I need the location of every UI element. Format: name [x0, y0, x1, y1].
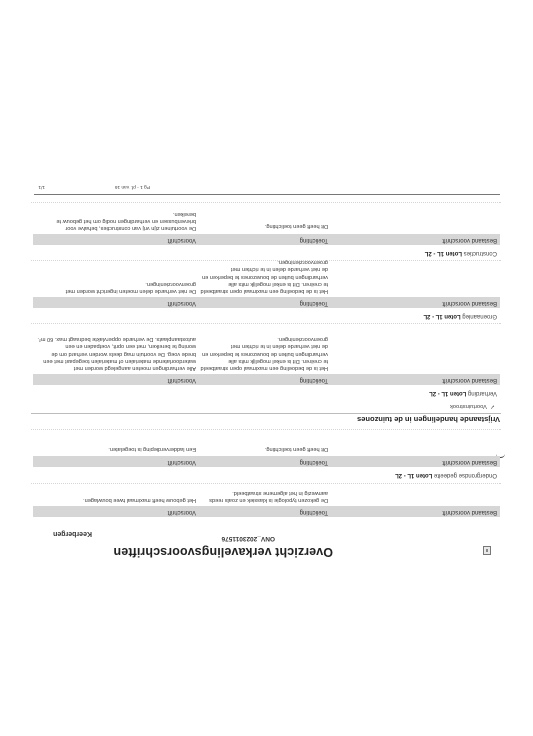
page-title: Overzicht verkavelingsvoorschriften [113, 545, 333, 559]
footer-rule [34, 194, 500, 195]
scanned-page: Overzicht verkavelingsvoorschriften ONV_… [0, 0, 533, 736]
table-header: Bestaand voorschrift Toelichting Voorsch… [33, 297, 500, 308]
checklist-item-voortuinstrook: ✓ Voortuinstrook [450, 403, 495, 409]
municipality-name: Keerbergen [53, 530, 92, 537]
rule-cell: Alle verhardingen moeten aangelegd worde… [36, 335, 196, 371]
rule-cell: De niet verharde delen moeten ingericht … [36, 280, 196, 294]
document-id: ONV_2023011576 [222, 535, 276, 542]
rule-cell: De voortuinen zijn vrij van constructies… [36, 209, 196, 231]
table-header: Bestaand voorschrift Toelichting Voorsch… [33, 456, 500, 467]
col-existing-rule: Bestaand voorschrift [442, 237, 497, 243]
col-existing-rule: Bestaand voorschrift [442, 300, 497, 306]
col-rule: Voorschrift [168, 459, 196, 465]
section-label-ondergronds: Ondergrondse gedeelte Loten 1L - 2L [395, 472, 497, 478]
explanation-cell: Het is de bedoeling een maximaal open st… [200, 335, 328, 371]
col-explanation: Toelichting [300, 237, 328, 243]
table-header: Bestaand voorschrift Toelichting Voorsch… [33, 234, 500, 245]
col-existing-rule: Bestaand voorschrift [442, 377, 497, 383]
col-explanation: Toelichting [300, 459, 328, 465]
divider [31, 322, 501, 324]
divider [31, 201, 501, 203]
section-label-groenaanleg: Groenaanleg Loten 1L - 2L [423, 313, 497, 319]
rule-cell: Het gebouw heeft maximaal twee bouwlagen… [36, 496, 196, 503]
table-header: Bestaand voorschrift Toelichting Voorsch… [33, 506, 500, 517]
divider [31, 259, 501, 261]
col-explanation: Toelichting [300, 509, 328, 515]
section-label-constructies: Constructies Loten 1L - 2L [425, 250, 497, 256]
checkmark-icon: ✓ [490, 403, 495, 409]
explanation-cell: Het is de bedoeling een maximaal open st… [200, 258, 328, 294]
col-explanation: Toelichting [300, 377, 328, 383]
section-label-verharding: Verharding Loten 1L - 2L [429, 390, 497, 396]
heading-rule [31, 413, 501, 414]
col-existing-rule: Bestaand voorschrift [442, 459, 497, 465]
document-icon [483, 546, 491, 555]
col-rule: Voorschrift [168, 300, 196, 306]
col-rule: Voorschrift [168, 237, 196, 243]
explanation-cell: Dit heeft geen toelichting. [200, 222, 328, 229]
footer-page-ref: Pg 1 - pf. van 16 [115, 184, 150, 189]
col-rule: Voorschrift [168, 377, 196, 383]
col-existing-rule: Bestaand voorschrift [442, 509, 497, 515]
divider [31, 428, 501, 430]
table-header: Bestaand voorschrift Toelichting Voorsch… [33, 374, 500, 385]
divider [31, 482, 501, 484]
explanation-cell: De gekozen typologie is klassiek en zoal… [203, 489, 328, 503]
tuinzones-heading: Vrijstaande handelingen in de tuinzones [357, 415, 500, 424]
rule-cell: Een ladderverdieping is toegelaten. [36, 445, 196, 452]
footer-page-count: 1/1 [38, 184, 45, 189]
col-rule: Voorschrift [168, 509, 196, 515]
col-explanation: Toelichting [300, 300, 328, 306]
explanation-cell: Dit heeft geen toelichting. [203, 445, 328, 452]
